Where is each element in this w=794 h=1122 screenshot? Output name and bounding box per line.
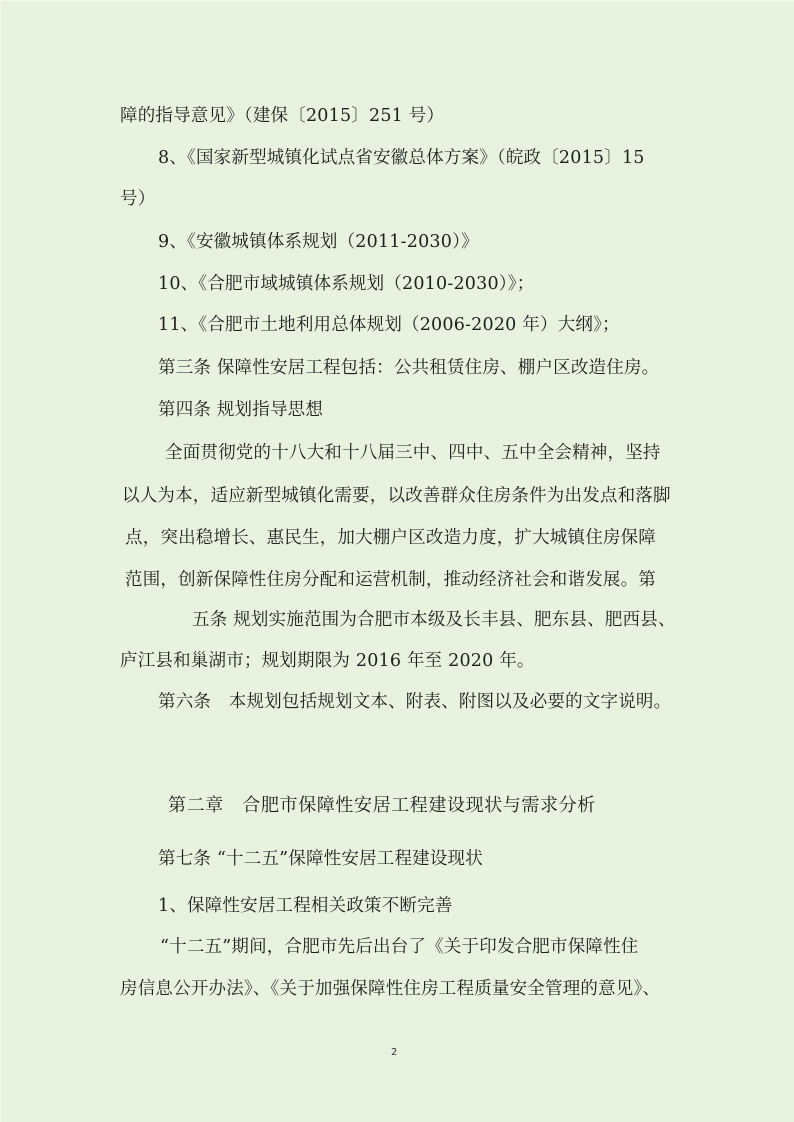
page-edge-top [0, 0, 794, 1]
article-4-heading: 第四条 规划指导思想 [158, 398, 323, 422]
text-line: 庐江县和巢湖市；规划期限为 2016 年至 2020 年。 [120, 649, 535, 673]
chapter-heading: 第二章 合肥市保障性安居工程建设现状与需求分析 [168, 794, 596, 818]
page-number: 2 [391, 1047, 397, 1059]
page-edge-left [0, 0, 1, 1122]
text-line: 11、《合肥市土地利用总体规划（2006-2020 年）大纲》； [158, 313, 620, 337]
section-heading: 1、保障性安居工程相关政策不断完善 [158, 894, 453, 918]
text-line: 范围，创新保障性住房分配和运营机制，推动经济社会和谐发展。第 [125, 568, 656, 592]
text-line: 以人为本，适应新型城镇化需要，以改善群众住房条件为出发点和落脚 [122, 484, 671, 508]
text-line: “十二五”期间，合肥市先后出台了《关于印发合肥市保障性住 [160, 935, 639, 959]
text-line: 9、《安徽城镇体系规划（2011-2030）》 [158, 230, 479, 254]
text-line: 全面贯彻党的十八大和十八届三中、四中、五中全会精神，坚持 [165, 441, 661, 465]
text-line: 点，突出稳增长、惠民生，加大棚户区改造力度，扩大城镇住房保障 [125, 526, 656, 550]
text-line: 10、《合肥市域城镇体系规划（2010-2030）》； [158, 272, 534, 296]
text-line: 8、《国家新型城镇化试点省安徽总体方案》（皖政〔2015〕15 [158, 146, 645, 170]
article-5-line: 五条 规划实施范围为合肥市本级及长丰县、肥东县、肥西县、 [192, 608, 676, 632]
article-3-line: 第三条 保障性安居工程包括：公共租赁住房、棚户区改造住房。 [158, 356, 659, 380]
article-7-heading: 第七条 “十二五”保障性安居工程建设现状 [158, 847, 483, 871]
article-6-line: 第六条 本规划包括规划文本、附表、附图以及必要的文字说明。 [158, 690, 671, 714]
text-line: 号） [120, 187, 155, 211]
text-line: 障的指导意见》（建保〔2015〕251 号） [120, 104, 444, 128]
text-line: 房信息公开办法》、《关于加强保障性住房工程质量安全管理的意见》、 [120, 977, 660, 1001]
